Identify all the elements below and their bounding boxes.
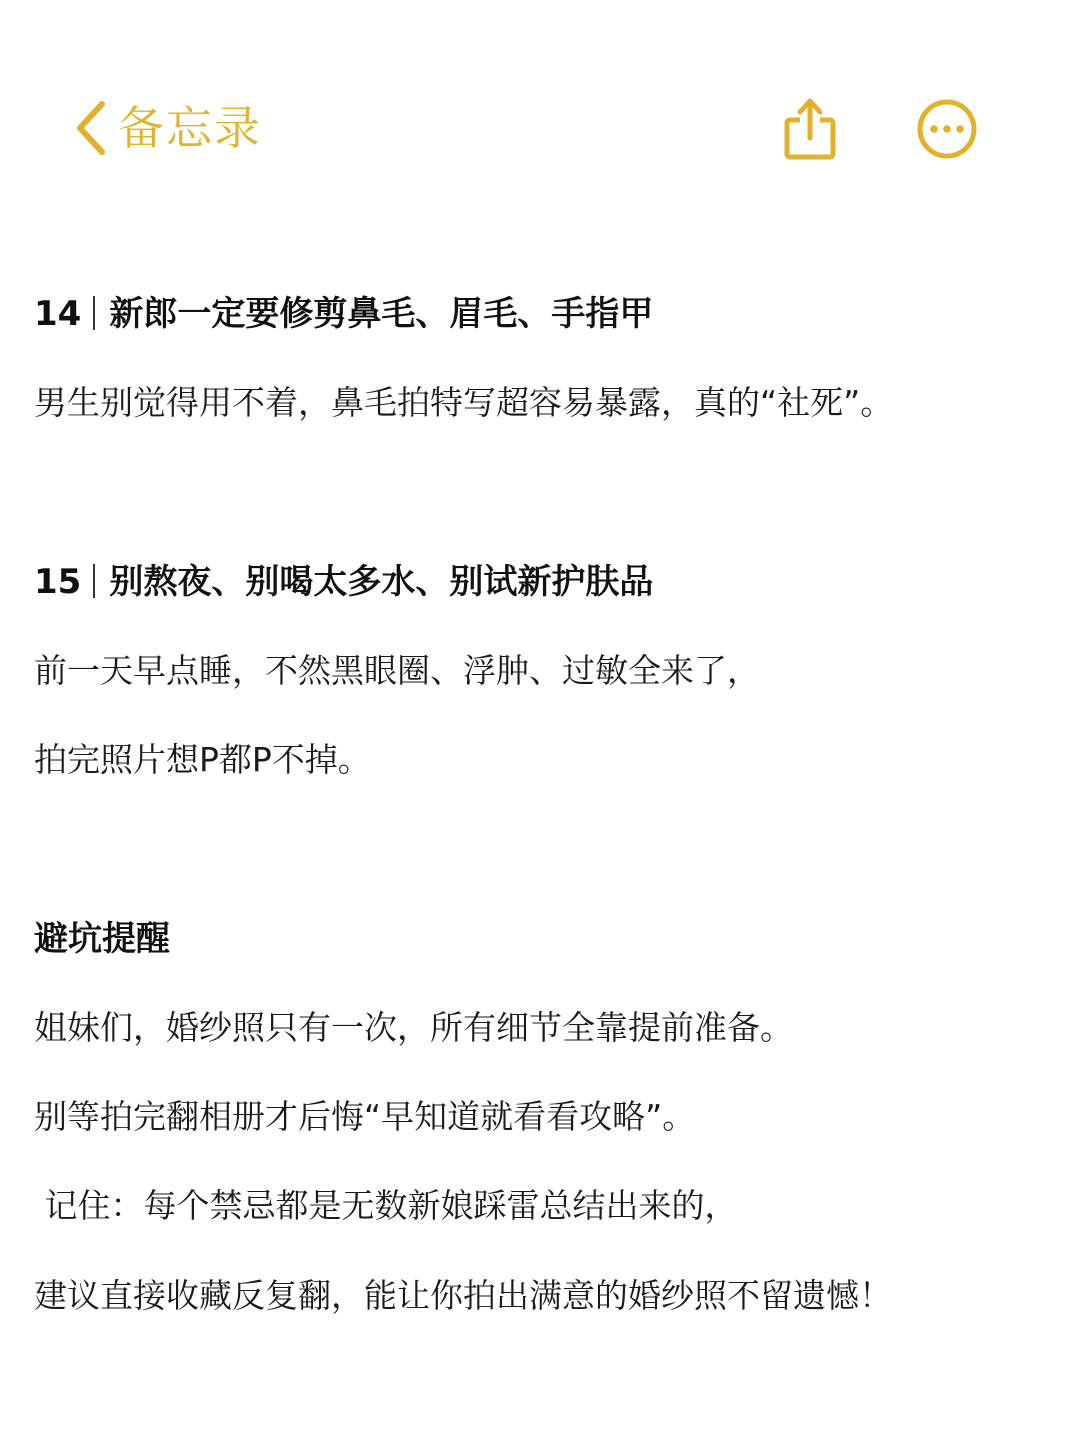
ellipsis-circle-icon [916, 145, 978, 164]
navigation-bar: 备忘录 [0, 0, 1080, 200]
heading-separator [93, 564, 95, 598]
body-line: 别等拍完翻相册才后悔“早知道就看看攻略”。 [34, 1095, 695, 1139]
section-number: 15 [34, 562, 81, 602]
body-line: 前一天早点睡，不然黑眼圈、浮肿、过敏全来了， [34, 649, 760, 693]
more-options-button[interactable] [916, 98, 978, 160]
section-heading-15: 15别熬夜、别喝太多水、别试新护肤品 [34, 560, 653, 604]
heading-separator [93, 296, 95, 330]
body-line: 记住：每个禁忌都是无数新娘踩雷总结出来的， [34, 1184, 738, 1228]
body-line: 拍完照片想P都P不掉。 [34, 738, 371, 782]
body-line: 男生别觉得用不着，鼻毛拍特写超容易暴露，真的“社死”。 [34, 381, 893, 425]
tips-heading: 避坑提醒 [34, 917, 170, 961]
body-line: 建议直接收藏反复翻，能让你拍出满意的婚纱照不留遗憾！ [34, 1274, 892, 1318]
back-button[interactable]: 备忘录 [72, 96, 262, 160]
back-label: 备忘录 [118, 96, 262, 160]
share-button[interactable] [782, 96, 838, 162]
section-number: 14 [34, 294, 81, 334]
section-title: 新郎一定要修剪鼻毛、眉毛、手指甲 [109, 294, 653, 334]
section-title: 别熬夜、别喝太多水、别试新护肤品 [109, 562, 653, 602]
section-heading-14: 14新郎一定要修剪鼻毛、眉毛、手指甲 [34, 292, 653, 336]
share-icon [782, 147, 838, 166]
chevron-left-icon [72, 98, 108, 158]
body-line: 姐妹们，婚纱照只有一次，所有细节全靠提前准备。 [34, 1006, 793, 1050]
